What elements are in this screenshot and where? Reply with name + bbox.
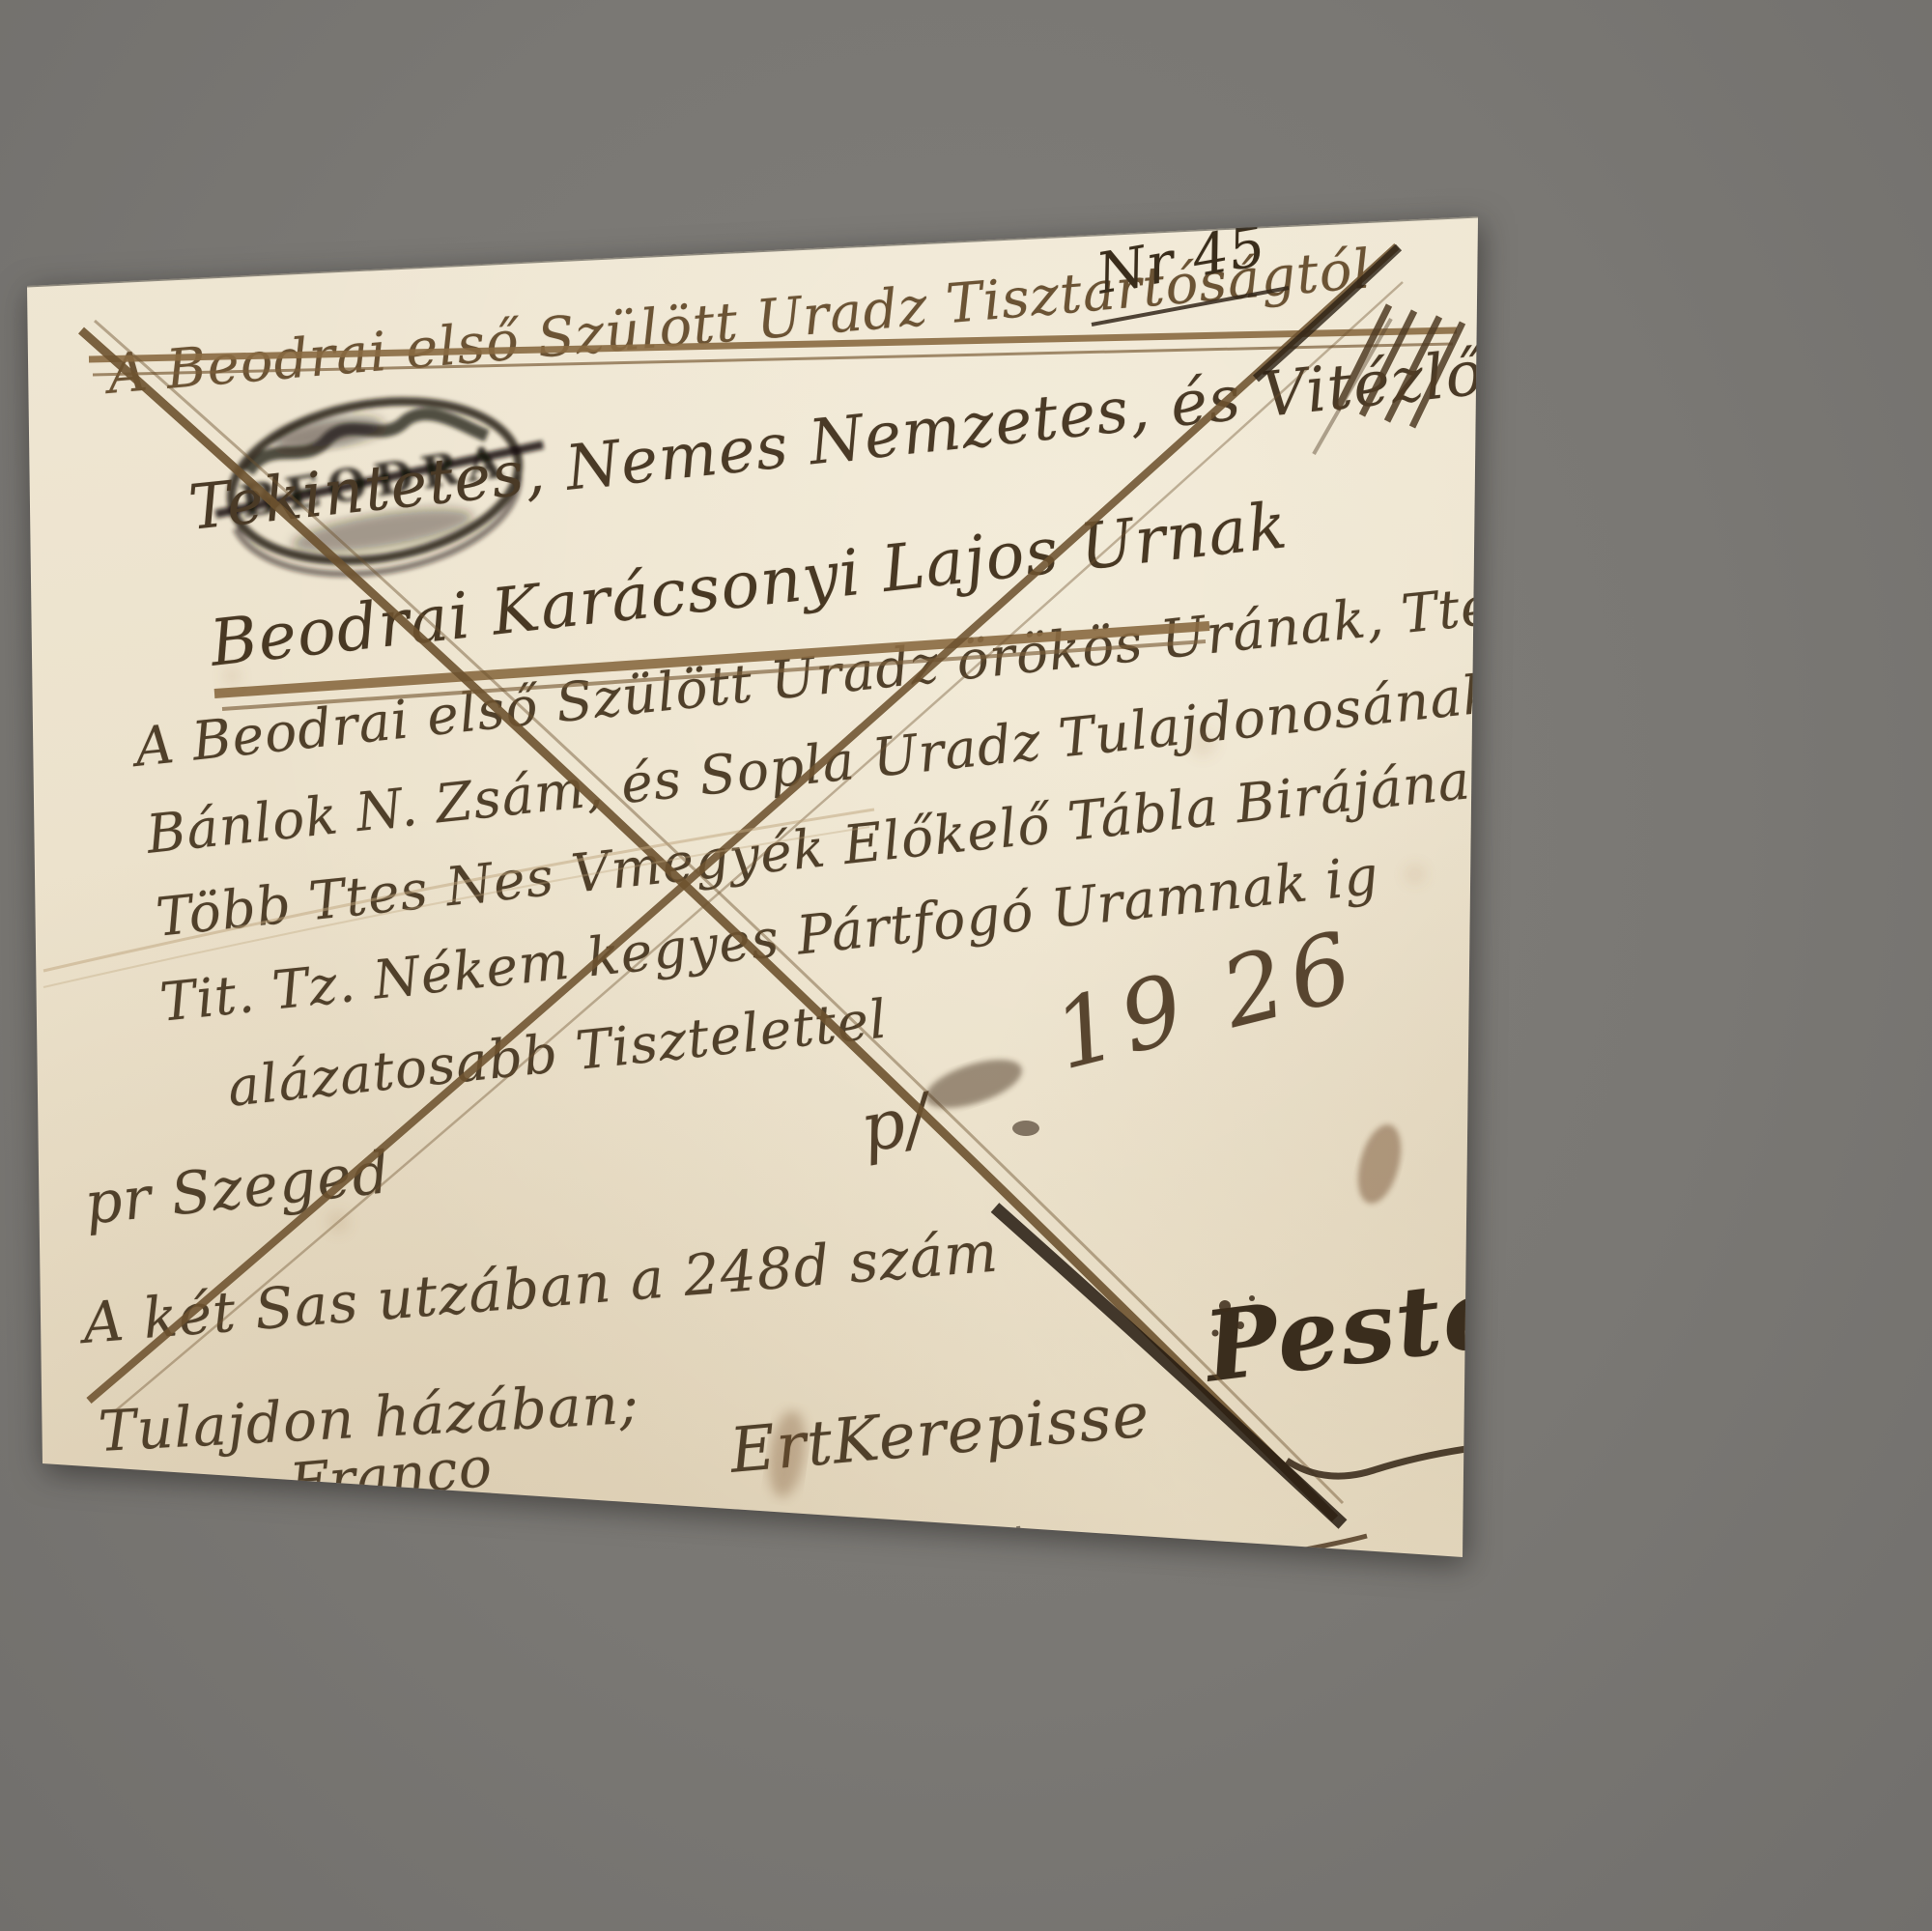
- photo-background: BEODRA A Beodrai első Szülött Uradz Tisz…: [0, 0, 1932, 1931]
- envelope-shadow: BEODRA A Beodrai első Szülött Uradz Tisz…: [0, 0, 1932, 1931]
- paper-tear-bottom: [1018, 1526, 1024, 1563]
- envelope: BEODRA A Beodrai első Szülött Uradz Tisz…: [0, 0, 1932, 1931]
- pen-flourish-mark: p/: [855, 1078, 936, 1168]
- franco-underline-squiggle: [286, 1524, 591, 1548]
